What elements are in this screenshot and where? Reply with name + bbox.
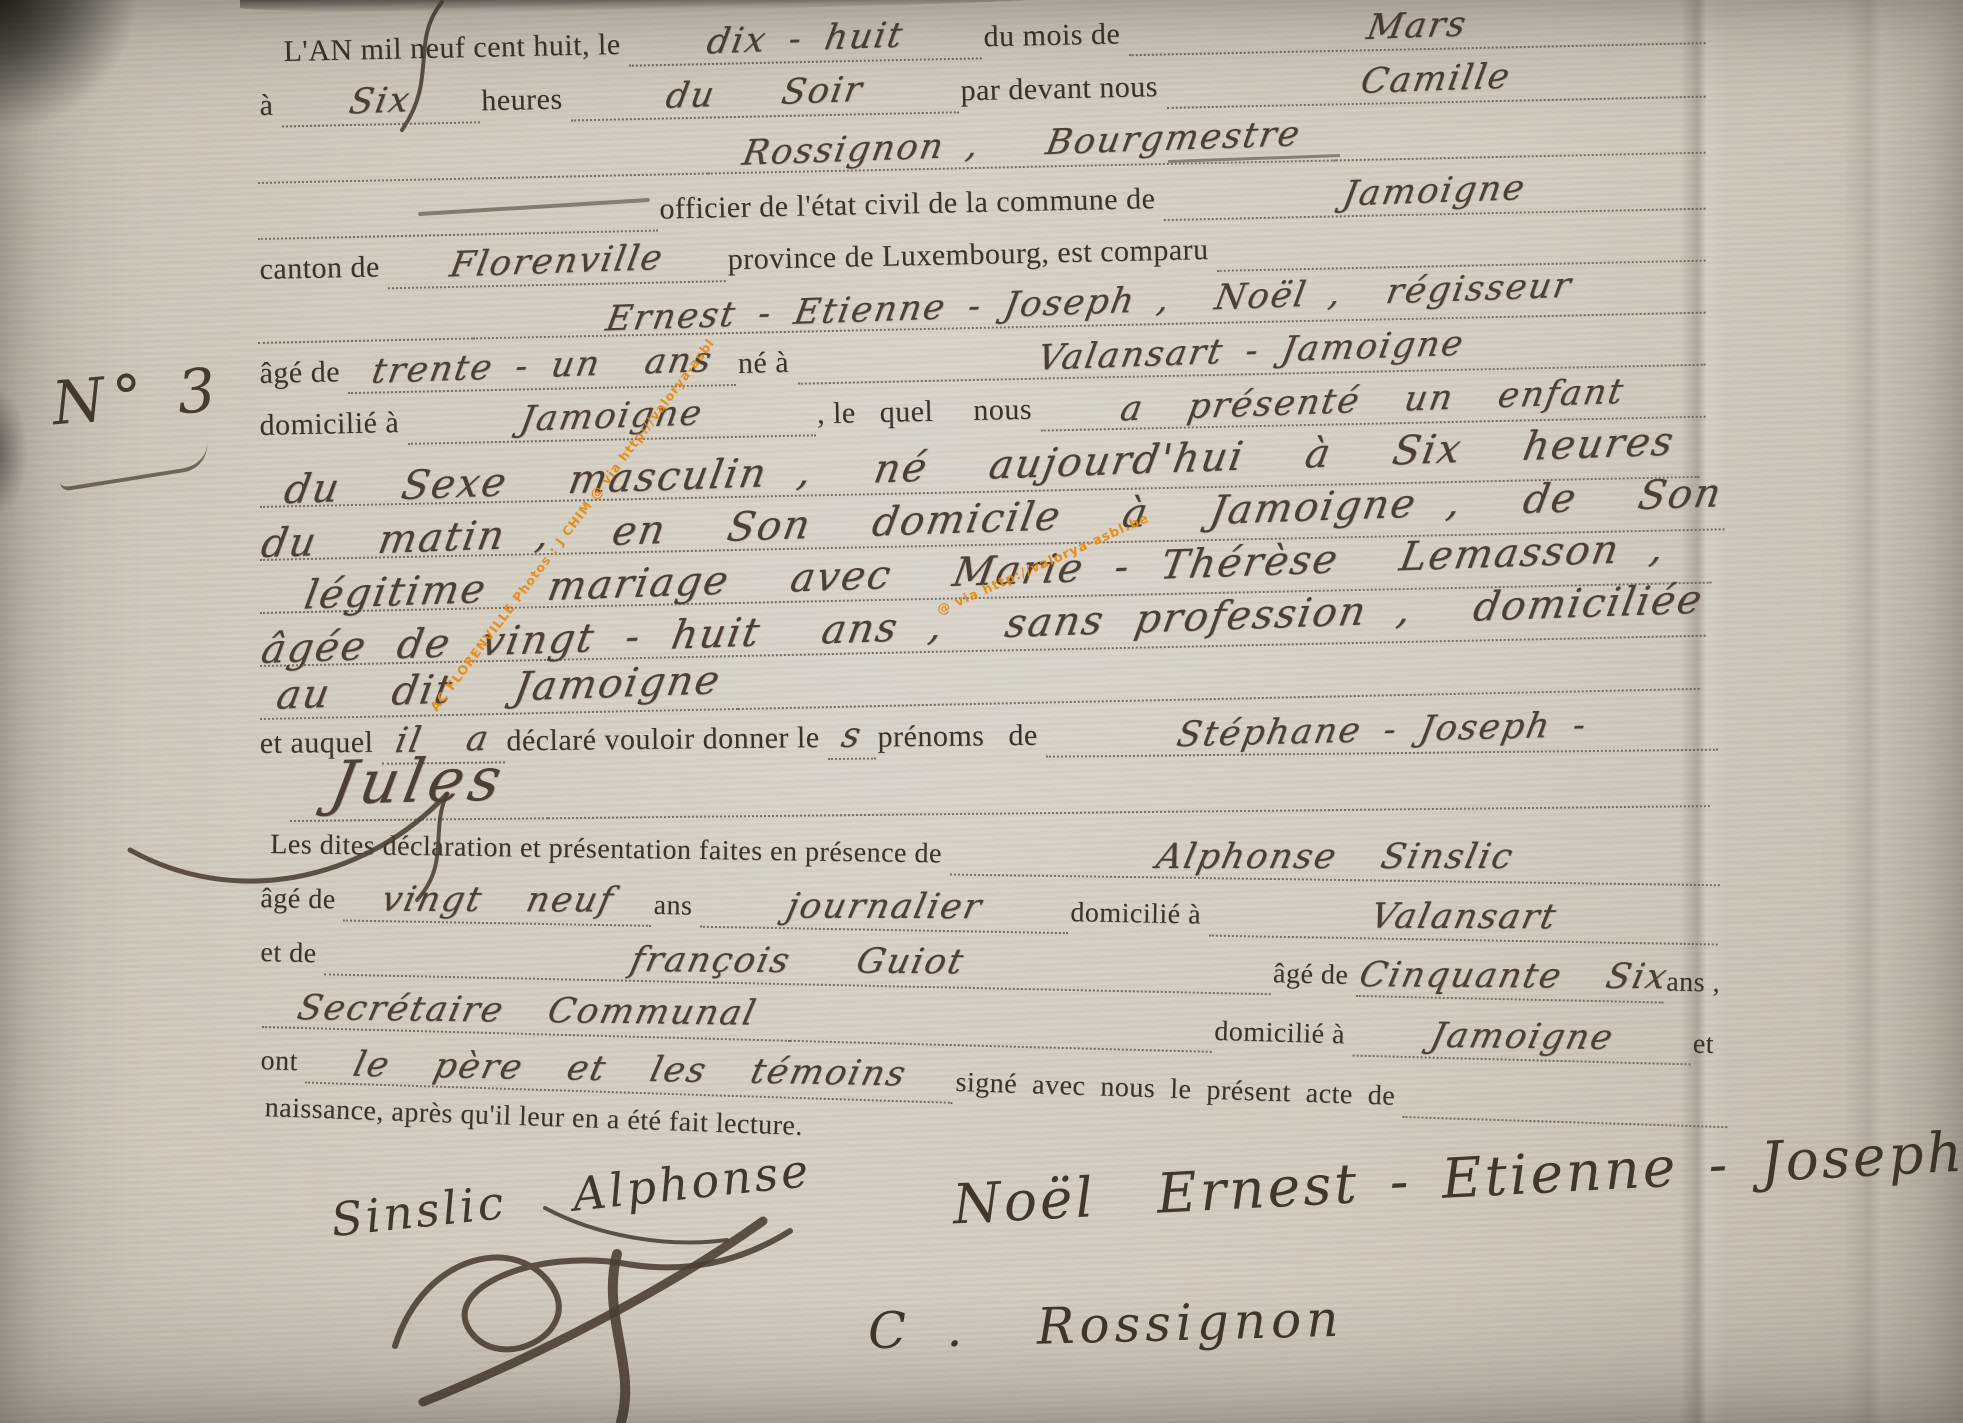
printed-form-text: canton de <box>257 250 388 292</box>
dotted-fill-line <box>738 676 1700 710</box>
handwriting-text: Six <box>346 80 415 124</box>
record-number-flourish <box>57 440 212 491</box>
handwritten-entry: Cinquante Six <box>1356 953 1665 1003</box>
printed-form-text: ans <box>651 890 700 928</box>
handwriting-text: Alphonse Sinslic <box>1152 837 1518 879</box>
margin-record-number: N° 3 <box>49 355 226 440</box>
printed-form-text: âgé de <box>257 355 348 396</box>
handwriting-text: françois Guiot <box>627 940 969 984</box>
dotted-fill-line <box>1403 1104 1728 1128</box>
record-number-text: N° 3 <box>49 355 226 440</box>
left-edge-smudge <box>0 386 28 518</box>
handwritten-entry: le père et les témoins <box>305 1040 954 1104</box>
photo-corner-shadow <box>0 0 160 151</box>
handwritten-entry: Mars <box>1128 0 1706 56</box>
signature-guiot-paraph <box>365 1196 865 1423</box>
page-top-edge-shadow <box>240 0 1070 14</box>
printed-form-text: né à <box>736 346 798 386</box>
jules-flourish <box>112 772 462 922</box>
handwriting-text: trente - un ans <box>368 340 716 394</box>
dotted-fill-line <box>1335 140 1705 162</box>
dotted-fill-line <box>258 218 658 240</box>
printed-form-text: à <box>257 89 282 128</box>
dotted-fill-line <box>548 793 1710 819</box>
printed-form-text: domicilié à <box>257 406 407 448</box>
handwritten-entry: journalier <box>700 884 1069 934</box>
printed-form-text: domicilié à <box>1068 897 1209 936</box>
printed-form-text: du mois de <box>981 17 1128 59</box>
handwriting-text: journalier <box>782 887 986 930</box>
handwriting-text: Mars <box>1363 4 1470 50</box>
handwritten-entry: Six <box>281 79 480 127</box>
handwriting-text: Cinquante Six <box>1355 955 1672 999</box>
handwriting-text: dix - huit <box>703 16 907 65</box>
dotted-fill-line <box>258 161 708 184</box>
printed-form-text: domicilié à <box>1212 1016 1354 1057</box>
printed-form-text: signé avec nous le présent acte de <box>953 1067 1404 1118</box>
printed-form-text: , le quel nous <box>815 393 1041 437</box>
printed-form-text: province de Luxembourg, est comparu <box>725 233 1217 282</box>
handwriting-text: Jamoigne <box>516 393 706 442</box>
printed-form-text: ont <box>258 1045 306 1083</box>
printed-form-text: officier de l'état civil de la commune d… <box>657 182 1164 232</box>
printed-form-text: ans , <box>1664 966 1729 1004</box>
paper-crease-right <box>1845 0 1905 1423</box>
act-line-15: Jules <box>289 733 1710 822</box>
handwriting-text: Camille <box>1357 57 1514 104</box>
handwriting-text: Jamoigne <box>1339 168 1529 217</box>
handwriting-text: Secrétaire Communal <box>293 988 761 1035</box>
handwritten-entry: du Soir <box>570 69 959 121</box>
handwriting-text: du Soir <box>662 70 866 119</box>
printed-form-text: et <box>1690 1028 1722 1066</box>
printed-form-text: et de <box>258 937 325 975</box>
handwriting-text: Valansart - Jamoigne <box>1034 324 1468 381</box>
handwritten-entry: Jamoigne <box>1163 166 1706 221</box>
printed-form-text: naissance, après qu'il leur en a été fai… <box>262 1092 811 1148</box>
handwriting-text: Jamoigne <box>1426 1016 1618 1060</box>
handwriting-text: Florenville <box>446 238 667 288</box>
act-line-16: Les dites déclaration et présentation fa… <box>268 822 1720 886</box>
dotted-fill-line <box>1217 248 1706 272</box>
printed-form-text: âgé de <box>1271 958 1357 997</box>
handwritten-entry: dix - huit <box>628 15 982 66</box>
printed-form-text: heures <box>479 82 571 123</box>
signature-officer-rossignon: C . Rossignon <box>867 1290 1344 1360</box>
printed-form-text: L'AN mil neuf cent huit, le <box>281 28 629 74</box>
register-page: N° 3 L'AN mil neuf cent huit, ledix - hu… <box>0 0 1963 1423</box>
printed-form-text: par devant nous <box>958 70 1166 113</box>
handwritten-entry: françois Guiot <box>324 931 1271 995</box>
handwriting-text: Rossignon , Bourgmestre <box>739 114 1304 176</box>
handwriting-text: Valansart <box>1366 897 1561 939</box>
handwritten-entry: Alphonse Sinslic <box>950 832 1721 887</box>
handwritten-entry: Valansart <box>1209 893 1719 946</box>
handwritten-entry: Camille <box>1165 54 1705 109</box>
dotted-fill-line <box>790 1028 1212 1053</box>
handwriting-text: le père et les témoins <box>349 1045 911 1096</box>
handwritten-entry: Jamoigne <box>407 392 816 445</box>
handwritten-entry: Rossignon , Bourgmestre <box>707 117 1336 174</box>
handwritten-entry: Jamoigne <box>1352 1013 1691 1066</box>
dotted-fill-line <box>258 326 473 344</box>
handwritten-entry: Florenville <box>387 238 726 289</box>
handwritten-entry: Secrétaire Communal <box>262 984 791 1042</box>
handwritten-entry: au dit Jamoigne <box>259 660 738 720</box>
